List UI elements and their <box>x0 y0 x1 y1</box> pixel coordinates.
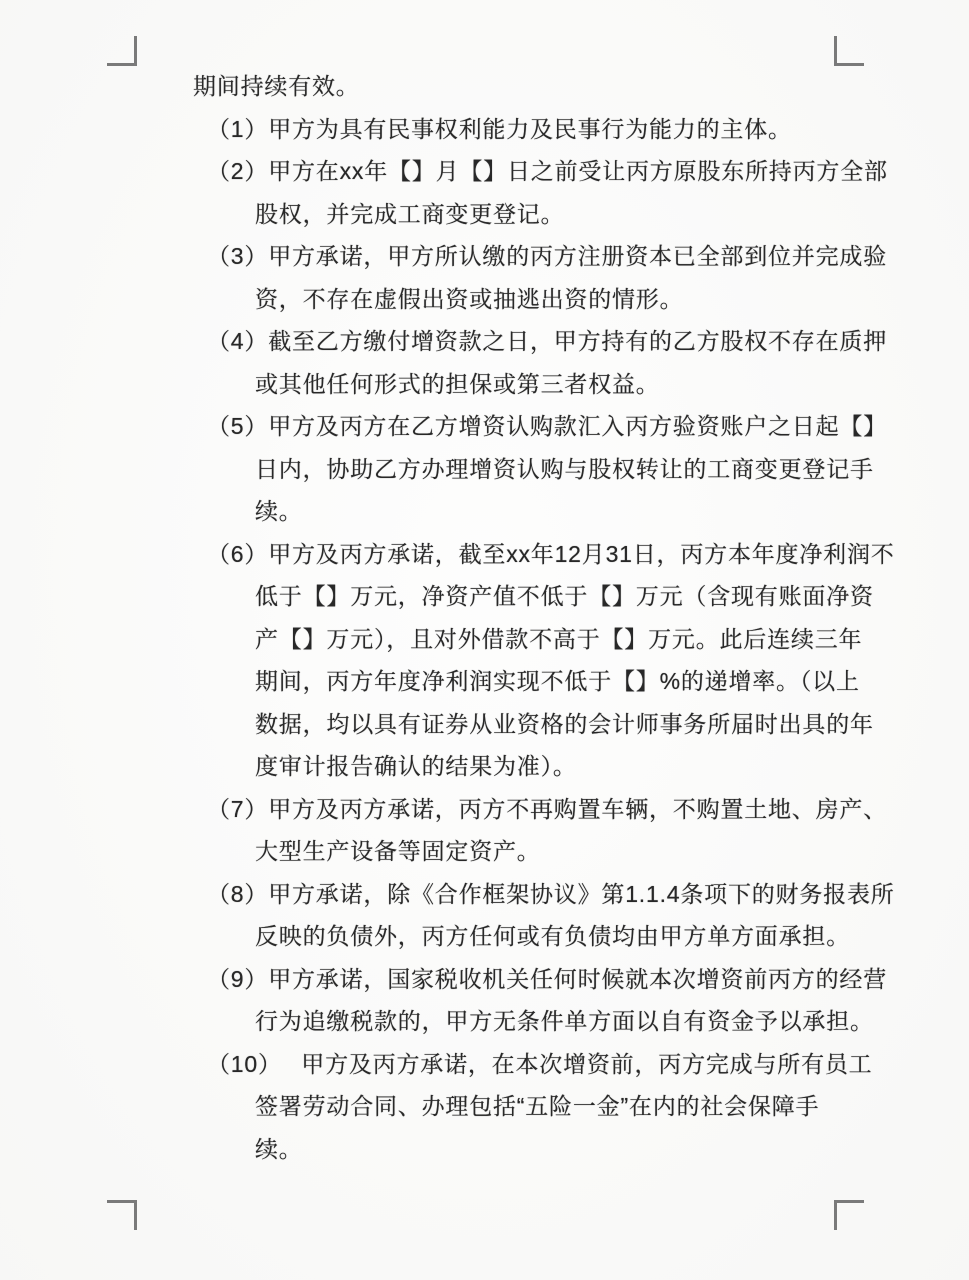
document-text: 期间持续有效。 （1）甲方为具有民事权利能力及民事行为能力的主体。 （2）甲方在… <box>193 65 893 1170</box>
crop-mark-top-left-icon <box>107 36 137 66</box>
clause-4-line-1: （4）截至乙方缴付增资款之日，甲方持有的乙方股权不存在质押 <box>193 320 893 363</box>
clause-3-line-2: 资，不存在虚假出资或抽逃出资的情形。 <box>193 278 893 321</box>
clause-6-line-5: 数据，均以具有证券从业资格的会计师事务所届时出具的年 <box>193 703 893 746</box>
clause-8-line-1: （8）甲方承诺，除《合作框架协议》第1.1.4条项下的财务报表所 <box>193 873 893 916</box>
clause-3-line-1: （3）甲方承诺，甲方所认缴的丙方注册资本已全部到位并完成验 <box>193 235 893 278</box>
clause-9-line-2: 行为追缴税款的，甲方无条件单方面以自有资金予以承担。 <box>193 1000 893 1043</box>
clause-2-line-2: 股权，并完成工商变更登记。 <box>193 193 893 236</box>
clause-8-line-2: 反映的负债外，丙方任何或有负债均由甲方单方面承担。 <box>193 915 893 958</box>
clause-6-line-6: 度审计报告确认的结果为准）。 <box>193 745 893 788</box>
crop-mark-top-right-icon <box>834 36 864 66</box>
clause-7-line-1: （7）甲方及丙方承诺，丙方不再购置车辆，不购置土地、房产、 <box>193 788 893 831</box>
clause-9-line-1: （9）甲方承诺，国家税收机关任何时候就本次增资前丙方的经营 <box>193 958 893 1001</box>
clause-10-line-2: 签署劳动合同、办理包括“五险一金”在内的社会保障手 <box>193 1085 893 1128</box>
document-page: 期间持续有效。 （1）甲方为具有民事权利能力及民事行为能力的主体。 （2）甲方在… <box>0 0 969 1280</box>
clause-10-line-1: （10） 甲方及丙方承诺，在本次增资前，丙方完成与所有员工 <box>193 1043 893 1086</box>
clause-5-line-2: 日内，协助乙方办理增资认购与股权转让的工商变更登记手 <box>193 448 893 491</box>
clause-7-line-2: 大型生产设备等固定资产。 <box>193 830 893 873</box>
clause-6-line-3: 产【】万元），且对外借款不高于【】万元。此后连续三年 <box>193 618 893 661</box>
clause-6-line-1: （6）甲方及丙方承诺，截至xx年12月31日，丙方本年度净利润不 <box>193 533 893 576</box>
clause-10-line-3: 续。 <box>193 1128 893 1171</box>
clause-5-line-3: 续。 <box>193 490 893 533</box>
clause-1: （1）甲方为具有民事权利能力及民事行为能力的主体。 <box>193 108 893 151</box>
clause-2-line-1: （2）甲方在xx年【】月【】日之前受让丙方原股东所持丙方全部 <box>193 150 893 193</box>
clause-6-line-2: 低于【】万元，净资产值不低于【】万元（含现有账面净资 <box>193 575 893 618</box>
crop-mark-bottom-right-icon <box>834 1200 864 1230</box>
crop-mark-bottom-left-icon <box>107 1200 137 1230</box>
clause-6-line-4: 期间，丙方年度净利润实现不低于【】%的递增率。（以上 <box>193 660 893 703</box>
intro-line: 期间持续有效。 <box>193 65 893 108</box>
clause-4-line-2: 或其他任何形式的担保或第三者权益。 <box>193 363 893 406</box>
clause-5-line-1: （5）甲方及丙方在乙方增资认购款汇入丙方验资账户之日起【】 <box>193 405 893 448</box>
